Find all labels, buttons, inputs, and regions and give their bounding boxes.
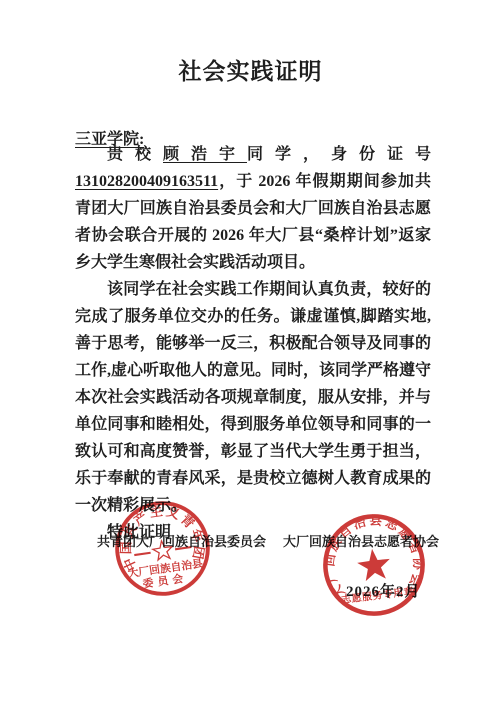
p1-prefix: 贵校: [107, 146, 163, 163]
star-icon: [356, 547, 392, 582]
paragraph-2: 该同学在社会实践工作期间认真负责，较好的完成了服务单位交办的任务。谦虚谨慎,脚踏…: [75, 276, 431, 519]
star-outline-icon: [152, 540, 174, 561]
paragraph-1: 贵校顾浩宇同学，身份证号 131028200409163511，于 2026 年…: [75, 141, 431, 276]
emblem-line-right: [175, 547, 191, 549]
certificate-page: 社会实践证明 三亚学院: 贵校顾浩宇同学，身份证号 13102820040916…: [0, 0, 501, 711]
id-number: 131028200409163511: [75, 173, 218, 190]
volunteer-association-stamp-icon: 大厂回族自治县志愿者协会 志愿服务专用章: [320, 511, 428, 619]
emblem-line-left: [134, 553, 150, 555]
p1-mid: 同学，身份证号: [247, 146, 431, 163]
student-name: 顾浩宇: [163, 146, 247, 163]
youth-league-stamp-icon: 中国共产主义青年团 大厂回族自治县 委员会: [111, 497, 214, 600]
document-title: 社会实践证明: [0, 53, 501, 86]
certificate-body: 贵校顾浩宇同学，身份证号 131028200409163511，于 2026 年…: [75, 141, 431, 546]
